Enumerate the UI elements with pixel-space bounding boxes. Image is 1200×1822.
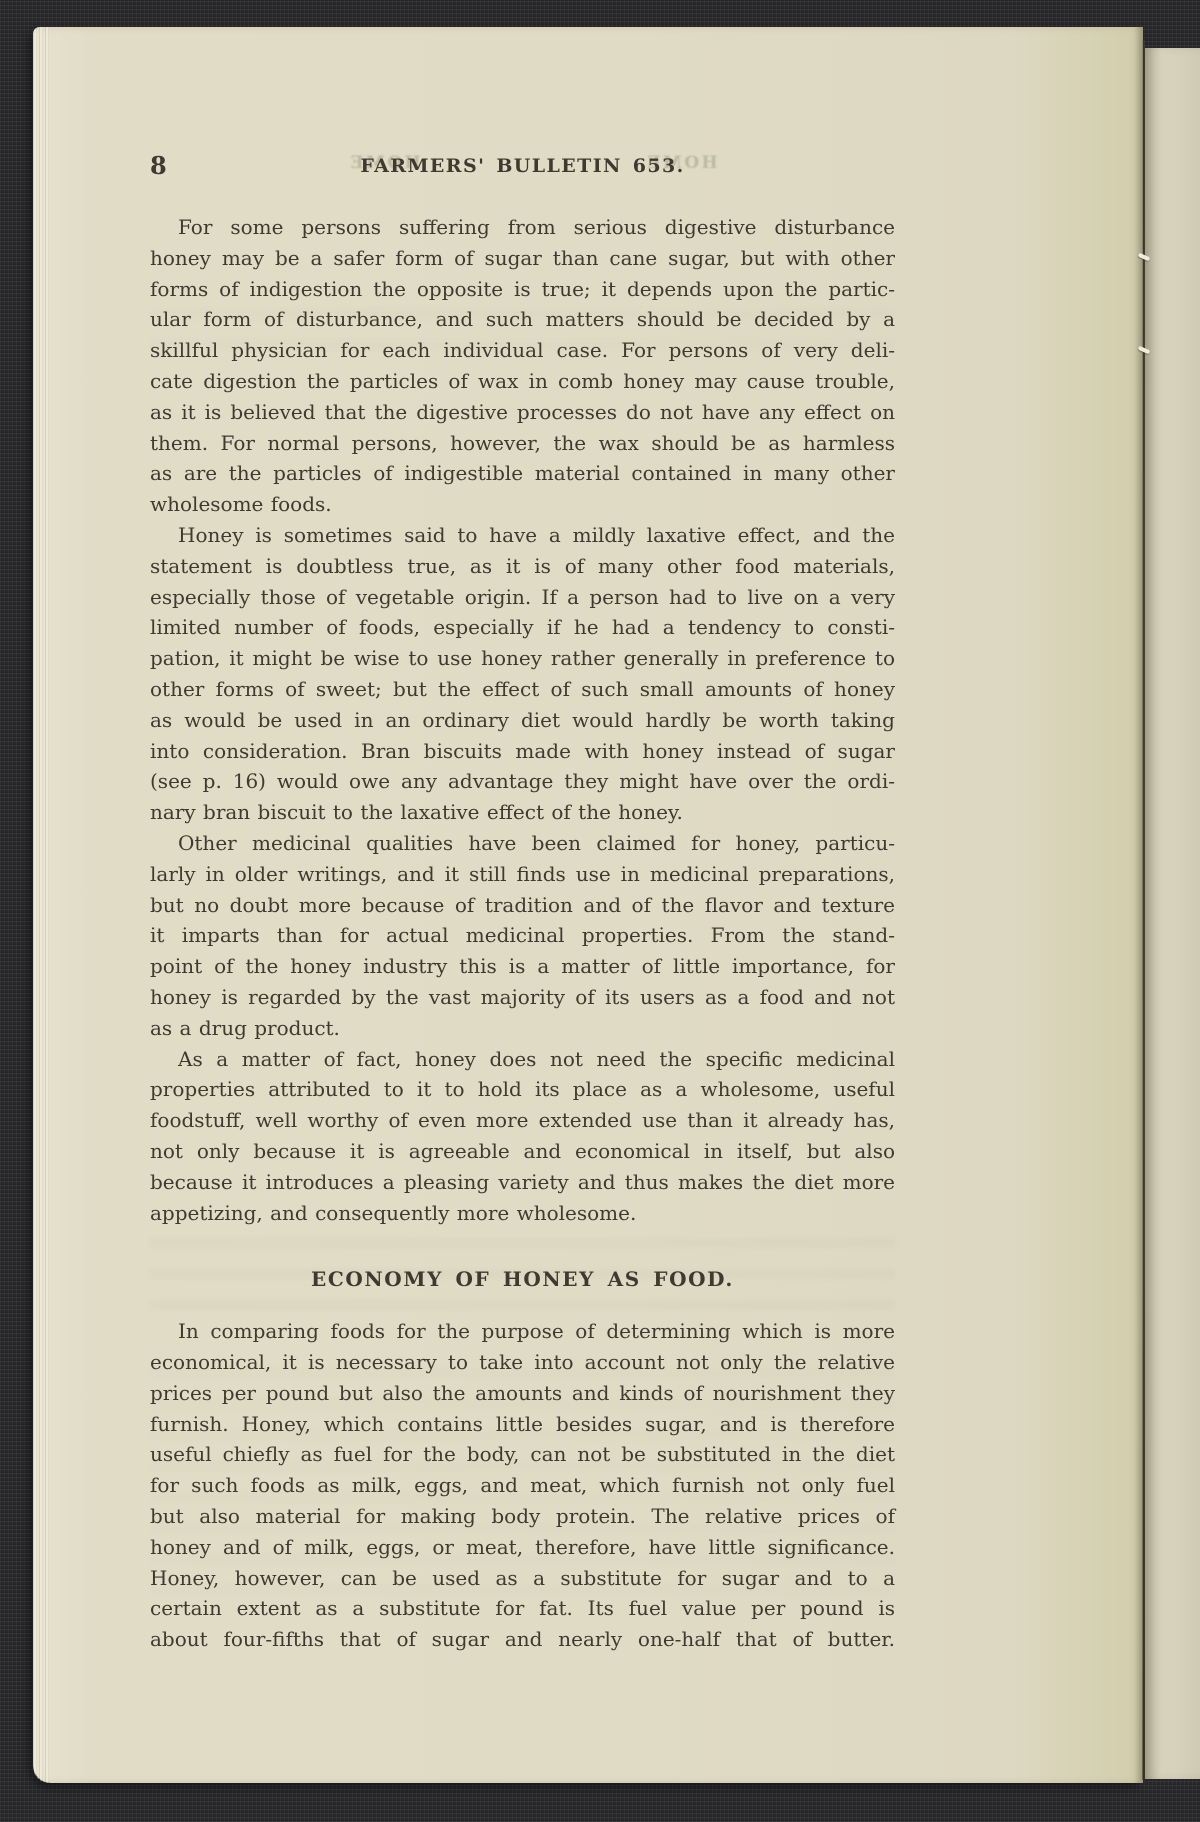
- paragraph: In comparing foods for the purpose of de…: [150, 1316, 895, 1655]
- text-line: as are the particles of indigestible mat…: [150, 458, 895, 489]
- text-line: larly in older writings, and it still fi…: [150, 859, 895, 890]
- text-line: Honey is sometimes said to have a mildly…: [150, 520, 895, 551]
- text-line: it imparts than for actual medicinal pro…: [150, 920, 895, 951]
- text-line: not only because it is agreeable and eco…: [150, 1136, 895, 1167]
- paragraph: Other medicinal qualities have been clai…: [150, 828, 895, 1044]
- text-line: foodstuff, well worthy of even more exte…: [150, 1105, 895, 1136]
- section-heading: ECONOMY OF HONEY AS FOOD.: [150, 1264, 895, 1295]
- text-line: because it introduces a pleasing variety…: [150, 1167, 895, 1198]
- text-line: skillful physician for each individual c…: [150, 335, 895, 366]
- binding-fold-crease: [1142, 40, 1145, 1780]
- paragraph: Honey is sometimes said to have a mildly…: [150, 520, 895, 828]
- text-line: point of the honey industry this is a ma…: [150, 951, 895, 982]
- stacked-page-edges: [33, 27, 49, 1783]
- text-line: honey is regarded by the vast majority o…: [150, 982, 895, 1013]
- text-line: pation, it might be wise to use honey ra…: [150, 643, 895, 674]
- text-line: economical, it is necessary to take into…: [150, 1347, 895, 1378]
- text-line: certain extent as a substitute for fat. …: [150, 1593, 895, 1624]
- text-line: appetizing, and consequently more wholes…: [150, 1198, 895, 1229]
- adjacent-page-leaf: [1145, 48, 1200, 1779]
- running-head: 8 FARMERS' BULLETIN 653.: [150, 149, 895, 181]
- text-line: honey and of milk, eggs, or meat, theref…: [150, 1532, 895, 1563]
- text-line: limited number of foods, especially if h…: [150, 612, 895, 643]
- text-line: as would be used in an ordinary diet wou…: [150, 705, 895, 736]
- text-line: ular form of disturbance, and such matte…: [150, 304, 895, 335]
- page-sheet: HOME HOME 8 FARMERS' BULLETIN 653. For s…: [33, 27, 1143, 1783]
- text-line: statement is doubtless true, as it is of…: [150, 551, 895, 582]
- text-line: As a matter of fact, honey does not need…: [150, 1044, 895, 1075]
- text-line: prices per pound but also the amounts an…: [150, 1378, 895, 1409]
- text-line: (see p. 16) would owe any advantage they…: [150, 766, 895, 797]
- text-line: furnish. Honey, which contains little be…: [150, 1409, 895, 1440]
- text-line: about four-fifths that of sugar and near…: [150, 1624, 895, 1655]
- text-line: other forms of sweet; but the effect of …: [150, 674, 895, 705]
- text-line: for such foods as milk, eggs, and meat, …: [150, 1470, 895, 1501]
- text-line: For some persons suffering from serious …: [150, 212, 895, 243]
- text-line: Other medicinal qualities have been clai…: [150, 828, 895, 859]
- text-line: as it is believed that the digestive pro…: [150, 397, 895, 428]
- text-line: especially those of vegetable origin. If…: [150, 582, 895, 613]
- bulletin-title: FARMERS' BULLETIN 653.: [150, 155, 895, 177]
- body-text: For some persons suffering from serious …: [150, 212, 895, 1655]
- text-line: nary bran biscuit to the laxative effect…: [150, 797, 895, 828]
- text-line: Honey, however, can be used as a substit…: [150, 1563, 895, 1594]
- text-line: forms of indigestion the opposite is tru…: [150, 274, 895, 305]
- text-line: wholesome foods.: [150, 489, 895, 520]
- paragraph: As a matter of fact, honey does not need…: [150, 1044, 895, 1229]
- text-line: honey may be a safer form of sugar than …: [150, 243, 895, 274]
- text-line: properties attributed to it to hold its …: [150, 1074, 895, 1105]
- text-line: useful chiefly as fuel for the body, can…: [150, 1439, 895, 1470]
- text-line: as a drug product.: [150, 1013, 895, 1044]
- text-line: but also material for making body protei…: [150, 1501, 895, 1532]
- text-line: them. For normal persons, however, the w…: [150, 428, 895, 459]
- paragraph: For some persons suffering from serious …: [150, 212, 895, 520]
- text-line: cate digestion the particles of wax in c…: [150, 366, 895, 397]
- text-line: but no doubt more because of tradition a…: [150, 890, 895, 921]
- text-line: into consideration. Bran biscuits made w…: [150, 736, 895, 767]
- text-line: In comparing foods for the purpose of de…: [150, 1316, 895, 1347]
